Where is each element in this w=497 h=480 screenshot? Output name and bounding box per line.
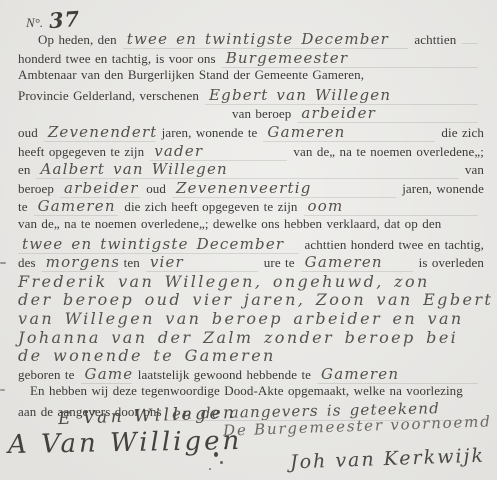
birthplace-handwritten: Gameren xyxy=(81,365,132,384)
signature-mayor: Joh van Kerkwijk xyxy=(290,445,486,474)
printed-text: van beroep xyxy=(232,106,291,122)
printed-text: geboren te xyxy=(18,367,75,383)
line-closing1: En hebben wij deze tegenwoordige Dood-Ak… xyxy=(0,383,497,402)
act-body: Op heden, den twee en twintigste Decembe… xyxy=(0,30,497,420)
deceased-details-line5: de wonende te Gameren xyxy=(0,346,497,365)
act-number-row: N°. 37 xyxy=(0,0,497,31)
printed-text: Provincie Gelderland, verschenen xyxy=(18,88,199,104)
printed-text: van de„ na te noemen overledene„; xyxy=(293,144,484,160)
printed-text: oud xyxy=(146,181,166,197)
printed-text: Ambtenaar van den Burgerlijken Stand der… xyxy=(18,67,364,83)
death-certificate-document: N°. 37 Op heden, den twee en twintigste … xyxy=(0,0,497,480)
death-place-handwritten: Gameren xyxy=(301,253,413,272)
line-declarant1-occupation: van beroep arbeider xyxy=(0,104,497,123)
printed-text: En hebben wij deze tegenwoordige Dood-Ak… xyxy=(30,383,463,399)
declarant1-occupation-handwritten: arbeider xyxy=(297,104,478,123)
printed-text: en xyxy=(18,162,30,178)
line-province-appeared: Provincie Gelderland, verschenen Egbert … xyxy=(0,86,497,105)
deceased-father-handwritten: van Willegen van beroep arbeider en van xyxy=(18,309,464,328)
declarant1-name-handwritten: Egbert van Willegen xyxy=(205,86,478,105)
printed-text: achttien xyxy=(414,32,456,48)
line-declarant2-occupation-age: beroep arbeider oud Zevenenveertig jaren… xyxy=(0,179,497,198)
printed-text: te xyxy=(18,199,28,215)
line-death-date: twee en twintigste December achttien hon… xyxy=(0,235,497,254)
signature-area: E Van Willegen De Burgemeester voornoemd… xyxy=(0,404,497,480)
printed-text: honderd twee en tachtig, is voor ons xyxy=(18,51,216,67)
printed-text: beroep xyxy=(18,181,54,197)
printed-text: die zich heeft opgegeven te zijn xyxy=(124,199,297,215)
declarant2-age-handwritten: Zevenenveertig xyxy=(172,179,396,198)
printed-text: van xyxy=(465,162,484,178)
ink-blot xyxy=(209,468,211,470)
last-residence-handwritten: Gameren xyxy=(317,365,478,384)
ink-blot xyxy=(224,447,226,449)
ink-blot xyxy=(220,461,223,464)
printed-text: is overleden xyxy=(419,255,484,271)
deceased-name-handwritten: Frederik van Willegen, ongehuwd, zon xyxy=(18,272,430,291)
death-hour-handwritten: vier xyxy=(146,253,258,272)
signature-declarant2: A Van Willigen xyxy=(8,426,243,460)
line-birthplace-residence: geboren te Gameren laatstelijk gewoond h… xyxy=(0,365,497,384)
line-registration-date: Op heden, den twee en twintigste Decembe… xyxy=(0,30,497,49)
line-declarant1-relation: heeft opgegeven te zijn vader van de„ na… xyxy=(0,142,497,161)
printed-text: achttien honderd twee en tachtig, xyxy=(305,237,484,253)
declarant1-residence-handwritten: Gameren xyxy=(263,123,435,142)
act-number-label: N°. xyxy=(26,15,43,31)
deceased-details-line1: Frederik van Willegen, ongehuwd, zon xyxy=(0,272,497,291)
deceased-details-line4: Johanna van der Zalm zonder beroep bei xyxy=(0,328,497,347)
deceased-mother-handwritten: Johanna van der Zalm zonder beroep bei xyxy=(18,328,458,347)
deceased-details-line3: van Willegen van beroep arbeider en van xyxy=(0,309,497,328)
official-title-handwritten: Burgemeester xyxy=(222,49,478,68)
printed-text: Op heden, den xyxy=(38,32,117,48)
declarant2-name-handwritten: Aalbert van Willegen xyxy=(36,160,458,179)
blank-rule xyxy=(462,43,478,44)
printed-text: laatstelijk gewoond hebbende te xyxy=(138,367,311,383)
deceased-age-handwritten: der beroep oud vier jaren, Zoon van Egbe… xyxy=(18,290,493,309)
parents-residence-handwritten: de wonende te Gameren xyxy=(18,346,276,365)
line-declarant1-age-residence: oud Zevenendertig jaren, wonende te Game… xyxy=(0,123,497,142)
declarant2-relation-handwritten: oom xyxy=(304,197,478,216)
signature-declarant1: E Van Willegen xyxy=(58,403,238,429)
printed-text: heeft opgegeven te zijn xyxy=(18,144,144,160)
printed-text: ure te xyxy=(264,255,295,271)
line-registrar: Ambtenaar van den Burgerlijken Stand der… xyxy=(0,67,497,86)
declarant1-relation-handwritten: vader xyxy=(150,142,287,161)
line-official: honderd twee en tachtig, is voor ons Bur… xyxy=(0,49,497,68)
death-daypart-handwritten: morgens xyxy=(42,253,118,272)
printed-text: van de„ na te noemen overledene„; dewelk… xyxy=(18,216,441,232)
line-declarant2-name: en Aalbert van Willegen van xyxy=(0,160,497,179)
line-declared: van de„ na te noemen overledene„; dewelk… xyxy=(0,216,497,235)
declarant1-age-handwritten: Zevenendertig xyxy=(44,123,156,142)
printed-text: des xyxy=(18,255,36,271)
printed-text: jaren, wonende te xyxy=(162,125,258,141)
line-death-time-place: des morgens ten vier ure te Gameren is o… xyxy=(0,253,497,272)
printed-text: jaren, wonende xyxy=(402,181,484,197)
death-date-handwritten: twee en twintigste December xyxy=(18,235,299,254)
deceased-details-line2: der beroep oud vier jaren, Zoon van Egbe… xyxy=(0,290,497,309)
line-declarant2-residence-relation: te Gameren die zich heeft opgegeven te z… xyxy=(0,197,497,216)
declarant2-occupation-handwritten: arbeider xyxy=(60,179,140,198)
mayor-title-handwritten: De Burgemeester voornoemd xyxy=(223,412,492,439)
printed-text: ten xyxy=(124,255,140,271)
act-number: 37 xyxy=(48,6,81,33)
declarant2-residence-handwritten: Gameren xyxy=(34,197,119,216)
printed-text: oud xyxy=(18,125,38,141)
ink-blot xyxy=(214,452,218,457)
margin-mark xyxy=(0,262,6,264)
printed-text: die zich xyxy=(441,125,484,141)
registration-date-handwritten: twee en twintigste December xyxy=(123,30,409,49)
margin-mark xyxy=(0,389,5,391)
